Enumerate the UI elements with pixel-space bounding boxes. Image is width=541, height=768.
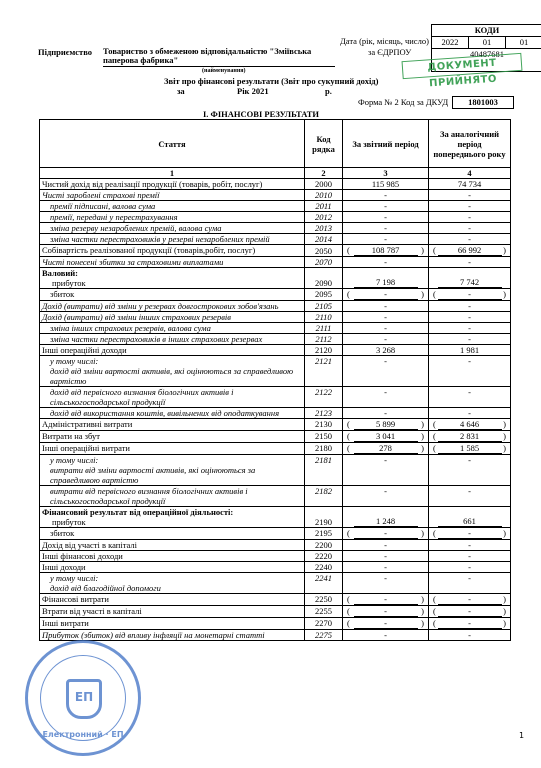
row-current-value: - (343, 356, 429, 387)
value-text: 1 585 (438, 443, 502, 454)
row-code: 2255 (305, 606, 343, 618)
row-code: 2120 (305, 345, 343, 356)
row-current-value: ()278 (343, 443, 429, 455)
value-text: - (468, 387, 471, 397)
row-code: 2010 (305, 190, 343, 201)
table-row: дохід від використання коштів, вивільнен… (40, 408, 511, 419)
value-text: - (468, 301, 471, 311)
row-current-value: - (343, 257, 429, 268)
table-row: Прибуток (збиток) від впливу інфляції на… (40, 630, 511, 641)
row-label-text: Дохід від участі в капіталі (42, 540, 137, 550)
value-text: - (468, 223, 471, 233)
row-label-text: зміна частки перестраховиків в інших стр… (50, 334, 262, 344)
row-label-text: Інші операційні доходи (42, 345, 127, 355)
row-code: 2122 (305, 387, 343, 408)
row-code: 2070 (305, 257, 343, 268)
value-text: - (384, 257, 387, 267)
row-label: у тому числі: витрати від зміни вартості… (40, 455, 305, 486)
row-code: 2110 (305, 312, 343, 323)
table-row: у тому числі: дохід від благодійної допо… (40, 573, 511, 594)
row-code: 2150 (305, 431, 343, 443)
row-label-text: Інші фінансові доходи (42, 551, 123, 561)
row-previous-value: ()- (429, 289, 511, 301)
row-label-text: Собівартість реалізованої продукції (тов… (42, 245, 255, 255)
row-previous-value: - (429, 223, 511, 234)
row-current-value: - (343, 223, 429, 234)
row-label: Чистий дохід від реалізації продукції (т… (40, 179, 305, 190)
row-label-text: Чисті понесені збитки за страховими випл… (42, 257, 223, 267)
row-label: Інші операційні доходи (40, 345, 305, 356)
value-text: - (468, 190, 471, 200)
value-text: - (438, 618, 502, 629)
value-text: - (354, 606, 418, 617)
table-row: Інші операційні витрати2180()278()1 585 (40, 443, 511, 455)
row-current-value: - (343, 323, 429, 334)
row-previous-value: ()- (429, 594, 511, 606)
row-label: у тому числі: дохід від зміни вартості а… (40, 356, 305, 387)
row-label: Інші операційні витрати (40, 443, 305, 455)
row-current-value: - (343, 190, 429, 201)
row-previous-value: ()- (429, 606, 511, 618)
codes-title: КОДИ (432, 25, 541, 36)
row-previous-value: ()- (429, 618, 511, 630)
row-previous-value: 661 (429, 507, 511, 528)
table-row: Інші витрати2270()-()- (40, 618, 511, 630)
row-current-value: 7 198 (343, 268, 429, 289)
enterprise-label: Підприємство (38, 47, 92, 57)
row-label: Прибуток (збиток) від впливу інфляції на… (40, 630, 305, 641)
row-code: 2181 (305, 455, 343, 486)
group-sub: прибуток (42, 278, 302, 288)
row-previous-value: - (429, 212, 511, 223)
date-label: Дата (рік, місяць, число) (340, 36, 429, 46)
value-text: 74 734 (458, 179, 481, 189)
row-current-value: - (343, 630, 429, 641)
table-row: Чисті зароблені страхові премії2010-- (40, 190, 511, 201)
row-previous-value: - (429, 312, 511, 323)
col-number: 2 (305, 168, 343, 179)
value-text: - (468, 257, 471, 267)
enterprise-name: Товариство з обмеженою відповідальністю … (103, 47, 335, 67)
row-code: 2250 (305, 594, 343, 606)
row-code: 2111 (305, 323, 343, 334)
row-label-text: премії підписані, валова сума (50, 201, 155, 211)
row-code: 2190 (305, 507, 343, 528)
row-label-text: зміна резерву незароблених премій, валов… (50, 223, 222, 233)
value-text: - (384, 630, 387, 640)
row-previous-value: ()- (429, 528, 511, 540)
row-current-value: - (343, 486, 429, 507)
value-text: 3 268 (376, 345, 395, 355)
round-seal-stamp: ЕП Електронний · ЕП (25, 640, 141, 756)
row-label-text: збиток (50, 289, 74, 299)
row-label: Інші витрати (40, 618, 305, 630)
value-text: 1 248 (354, 516, 418, 527)
row-code: 2095 (305, 289, 343, 301)
value-text: 108 787 (354, 245, 418, 256)
row-current-value: ()- (343, 528, 429, 540)
value-text: 66 992 (438, 245, 502, 256)
row-label: премії, передані у перестрахування (40, 212, 305, 223)
row-label: зміна частки перестраховиків в інших стр… (40, 334, 305, 345)
row-code: 2180 (305, 443, 343, 455)
table-row: Адміністративні витрати2130()5 899()4 64… (40, 419, 511, 431)
value-text: 3 041 (354, 431, 418, 442)
date-day: 01 (505, 37, 541, 48)
row-code: 2220 (305, 551, 343, 562)
row-label-text: Інші витрати (42, 618, 89, 628)
value-text: 7 742 (438, 277, 502, 288)
row-current-value: - (343, 540, 429, 551)
row-code: 2123 (305, 408, 343, 419)
page-number: 1 (519, 731, 524, 740)
section-title: І. ФІНАНСОВІ РЕЗУЛЬТАТИ (203, 109, 319, 119)
group-sub: прибуток (42, 517, 302, 527)
row-label-text: Чистий дохід від реалізації продукції (т… (42, 179, 262, 189)
row-current-value: ()5 899 (343, 419, 429, 431)
col-header-article: Стаття (40, 120, 305, 168)
row-label-text: Фінансові витрати (42, 594, 109, 604)
row-label: Дохід (витрати) від зміни інших страхови… (40, 312, 305, 323)
table-row: збиток2095()-()- (40, 289, 511, 301)
table-row: Дохід від участі в капіталі2200-- (40, 540, 511, 551)
row-previous-value: - (429, 486, 511, 507)
row-label: Інші фінансові доходи (40, 551, 305, 562)
row-current-value: - (343, 301, 429, 312)
row-current-value: ()- (343, 618, 429, 630)
row-previous-value: - (429, 630, 511, 641)
seal-text: Електронний · ЕП (28, 730, 138, 739)
value-text: 5 899 (354, 419, 418, 430)
value-text: - (438, 528, 502, 539)
value-text: - (468, 408, 471, 418)
value-text: - (468, 573, 471, 583)
row-label-text: Адміністративні витрати (42, 419, 132, 429)
row-current-value: ()- (343, 606, 429, 618)
table-row: Втрати від участі в капіталі2255()-()- (40, 606, 511, 618)
table-row: зміна резерву незароблених премій, валов… (40, 223, 511, 234)
date-year: 2022 (432, 37, 468, 48)
shield-icon: ЕП (66, 679, 102, 719)
row-label: зміна резерву незароблених премій, валов… (40, 223, 305, 234)
col-header-previous: За аналогічний період попереднього року (429, 120, 511, 168)
table-row: збиток2195()-()- (40, 528, 511, 540)
row-label: Витрати на збут (40, 431, 305, 443)
row-label: зміна інших страхових резервів, валова с… (40, 323, 305, 334)
row-code: 2011 (305, 201, 343, 212)
value-text: - (384, 356, 387, 366)
value-text: - (384, 573, 387, 583)
row-label: витрати від первісного визнання біологіч… (40, 486, 305, 507)
group-title: Валовий: (42, 268, 302, 278)
table-row: дохід від первісного визнання біологічни… (40, 387, 511, 408)
row-code: 2105 (305, 301, 343, 312)
value-text: - (438, 594, 502, 605)
row-label-text: збиток (50, 528, 74, 538)
col-number: 4 (429, 168, 511, 179)
table-row: Фінансовий результат від операційної дія… (40, 507, 511, 528)
accepted-stamp: ДОКУМЕНТ ПРИЙНЯТО (402, 53, 523, 79)
row-current-value: - (343, 455, 429, 486)
date-month: 01 (468, 37, 505, 48)
row-code: 2270 (305, 618, 343, 630)
row-code: 2241 (305, 573, 343, 594)
row-previous-value: ()2 831 (429, 431, 511, 443)
row-previous-value: - (429, 234, 511, 245)
table-row: Витрати на збут2150()3 041()2 831 (40, 431, 511, 443)
value-text: - (384, 455, 387, 465)
row-previous-value: - (429, 190, 511, 201)
row-label-text: Прибуток (збиток) від впливу інфляції на… (42, 630, 265, 640)
value-text: - (384, 562, 387, 572)
value-text: - (354, 528, 418, 539)
row-label: зміна частки перестраховиків у резерві н… (40, 234, 305, 245)
value-text: - (468, 201, 471, 211)
row-code: 2275 (305, 630, 343, 641)
value-text: - (468, 312, 471, 322)
value-text: - (384, 540, 387, 550)
value-text: - (468, 455, 471, 465)
row-current-value: 1 248 (343, 507, 429, 528)
row-current-value: - (343, 334, 429, 345)
row-label: Дохід від участі в капіталі (40, 540, 305, 551)
value-text: - (468, 356, 471, 366)
row-previous-value: 74 734 (429, 179, 511, 190)
row-current-value: ()3 041 (343, 431, 429, 443)
row-current-value: - (343, 408, 429, 419)
col-number: 1 (40, 168, 305, 179)
row-code: 2012 (305, 212, 343, 223)
row-previous-value: - (429, 387, 511, 408)
value-text: - (384, 551, 387, 561)
group-title: Фінансовий результат від операційної дія… (42, 507, 302, 517)
row-label-text: дохід від первісного визнання біологічни… (50, 387, 233, 407)
row-code: 2121 (305, 356, 343, 387)
value-text: - (384, 301, 387, 311)
row-code: 2014 (305, 234, 343, 245)
value-text: 278 (354, 443, 418, 454)
row-code: 2130 (305, 419, 343, 431)
value-text: - (468, 630, 471, 640)
row-code: 2195 (305, 528, 343, 540)
col-header-code: Код рядка (305, 120, 343, 168)
table-row: Фінансові витрати2250()-()- (40, 594, 511, 606)
row-current-value: - (343, 573, 429, 594)
value-text: - (384, 234, 387, 244)
value-text: 115 985 (372, 179, 399, 189)
row-label-text: Інші операційні витрати (42, 443, 130, 453)
row-label: у тому числі: дохід від благодійної допо… (40, 573, 305, 594)
row-current-value: - (343, 212, 429, 223)
row-previous-value: - (429, 562, 511, 573)
edrpou-label: за ЄДРПОУ (368, 47, 411, 57)
row-label: збиток (40, 528, 305, 540)
value-text: - (354, 618, 418, 629)
table-row: зміна інших страхових резервів, валова с… (40, 323, 511, 334)
row-label-text: Чисті зароблені страхові премії (42, 190, 160, 200)
financial-results-table: Стаття Код рядка За звітний період За ан… (39, 119, 511, 641)
value-text: 4 646 (438, 419, 502, 430)
row-previous-value: 1 981 (429, 345, 511, 356)
value-text: - (468, 562, 471, 572)
dkud-code: 1801003 (452, 96, 514, 109)
row-code: 2182 (305, 486, 343, 507)
table-row: Інші фінансові доходи2220-- (40, 551, 511, 562)
row-previous-value: ()4 646 (429, 419, 511, 431)
value-text: 2 831 (438, 431, 502, 442)
value-text: - (384, 323, 387, 333)
table-row: зміна частки перестраховиків у резерві н… (40, 234, 511, 245)
value-text: - (438, 289, 502, 300)
table-row: у тому числі: витрати від зміни вартості… (40, 455, 511, 486)
table-row: Інші операційні доходи21203 2681 981 (40, 345, 511, 356)
row-label: Інші доходи (40, 562, 305, 573)
table-body: Чистий дохід від реалізації продукції (т… (40, 179, 511, 641)
row-label-text: Інші доходи (42, 562, 86, 572)
row-current-value: ()- (343, 289, 429, 301)
period-prefix: за (177, 86, 185, 96)
value-text: - (384, 312, 387, 322)
report-title: Звіт про фінансові результати (Звіт про … (164, 76, 378, 86)
row-current-value: - (343, 201, 429, 212)
row-label: дохід від первісного визнання біологічни… (40, 387, 305, 408)
value-text: - (468, 212, 471, 222)
row-previous-value: 7 742 (429, 268, 511, 289)
value-text: - (384, 486, 387, 496)
row-label: Фінансові витрати (40, 594, 305, 606)
value-text: - (384, 201, 387, 211)
row-label: Собівартість реалізованої продукції (тов… (40, 245, 305, 257)
row-previous-value: - (429, 551, 511, 562)
value-text: - (354, 289, 418, 300)
row-current-value: - (343, 551, 429, 562)
row-current-value: - (343, 562, 429, 573)
value-text: - (468, 334, 471, 344)
value-text: - (468, 551, 471, 561)
row-code: 2112 (305, 334, 343, 345)
row-previous-value: ()66 992 (429, 245, 511, 257)
row-label-text: у тому числі: дохід від зміни вартості а… (50, 356, 293, 386)
row-code: 2240 (305, 562, 343, 573)
row-label-text: дохід від використання коштів, вивільнен… (50, 408, 279, 418)
row-previous-value: ()1 585 (429, 443, 511, 455)
row-label: Фінансовий результат від операційної дія… (40, 507, 305, 528)
name-caption: (найменування) (202, 68, 246, 74)
table-row: премії, передані у перестрахування2012-- (40, 212, 511, 223)
row-previous-value: - (429, 408, 511, 419)
row-code: 2013 (305, 223, 343, 234)
value-text: - (384, 387, 387, 397)
value-text: 1 981 (460, 345, 479, 355)
row-current-value: ()- (343, 594, 429, 606)
row-code: 2090 (305, 268, 343, 289)
row-label: Втрати від участі в капіталі (40, 606, 305, 618)
row-label-text: витрати від первісного визнання біологіч… (50, 486, 248, 506)
row-current-value: - (343, 387, 429, 408)
row-code: 2050 (305, 245, 343, 257)
form-label: Форма № 2 Код за ДКУД (358, 97, 448, 107)
row-label-text: Втрати від участі в капіталі (42, 606, 142, 616)
row-previous-value: - (429, 334, 511, 345)
row-label: Адміністративні витрати (40, 419, 305, 431)
value-text: - (384, 334, 387, 344)
table-row: зміна частки перестраховиків в інших стр… (40, 334, 511, 345)
row-label-text: Дохід (витрати) від зміни у резервах дов… (42, 301, 279, 311)
row-label: Дохід (витрати) від зміни у резервах дов… (40, 301, 305, 312)
row-current-value: - (343, 312, 429, 323)
row-code: 2000 (305, 179, 343, 190)
value-text: - (468, 486, 471, 496)
row-previous-value: - (429, 323, 511, 334)
row-current-value: 3 268 (343, 345, 429, 356)
table-row: у тому числі: дохід від зміни вартості а… (40, 356, 511, 387)
table-row: Чисті понесені збитки за страховими випл… (40, 257, 511, 268)
value-text: - (468, 234, 471, 244)
table-row: Інші доходи2240-- (40, 562, 511, 573)
row-label-text: у тому числі: витрати від зміни вартості… (50, 455, 255, 485)
row-label: Чисті зароблені страхові премії (40, 190, 305, 201)
row-label: збиток (40, 289, 305, 301)
row-current-value: ()108 787 (343, 245, 429, 257)
row-previous-value: - (429, 301, 511, 312)
row-previous-value: - (429, 455, 511, 486)
table-row: Дохід (витрати) від зміни у резервах дов… (40, 301, 511, 312)
table-row: премії підписані, валова сума2011-- (40, 201, 511, 212)
value-text: - (384, 190, 387, 200)
table-row: Собівартість реалізованої продукції (тов… (40, 245, 511, 257)
table-row: витрати від первісного визнання біологіч… (40, 486, 511, 507)
row-current-value: 115 985 (343, 179, 429, 190)
row-label: дохід від використання коштів, вивільнен… (40, 408, 305, 419)
period: Рік 2021 (237, 86, 269, 96)
row-label-text: Дохід (витрати) від зміни інших страхови… (42, 312, 231, 322)
row-label-text: у тому числі: дохід від благодійної допо… (50, 573, 161, 593)
value-text: - (384, 223, 387, 233)
row-label-text: премії, передані у перестрахування (50, 212, 178, 222)
table-row: Чистий дохід від реалізації продукції (т… (40, 179, 511, 190)
row-label: премії підписані, валова сума (40, 201, 305, 212)
value-text: - (468, 323, 471, 333)
row-previous-value: - (429, 356, 511, 387)
row-previous-value: - (429, 201, 511, 212)
value-text: - (384, 212, 387, 222)
period-suffix: р. (325, 86, 332, 96)
row-label-text: Витрати на збут (42, 431, 100, 441)
row-previous-value: - (429, 257, 511, 268)
row-previous-value: - (429, 540, 511, 551)
row-label-text: зміна інших страхових резервів, валова с… (50, 323, 211, 333)
row-label: Чисті понесені збитки за страховими випл… (40, 257, 305, 268)
value-text: 661 (438, 516, 502, 527)
row-previous-value: - (429, 573, 511, 594)
table-row: Валовий:прибуток20907 1987 742 (40, 268, 511, 289)
row-code: 2200 (305, 540, 343, 551)
value-text: - (384, 408, 387, 418)
value-text: 7 198 (354, 277, 418, 288)
row-current-value: - (343, 234, 429, 245)
table-row: Дохід (витрати) від зміни інших страхови… (40, 312, 511, 323)
row-label-text: зміна частки перестраховиків у резерві н… (50, 234, 270, 244)
value-text: - (354, 594, 418, 605)
col-number: 3 (343, 168, 429, 179)
value-text: - (468, 540, 471, 550)
value-text: - (438, 606, 502, 617)
col-header-current: За звітний період (343, 120, 429, 168)
row-label: Валовий:прибуток (40, 268, 305, 289)
